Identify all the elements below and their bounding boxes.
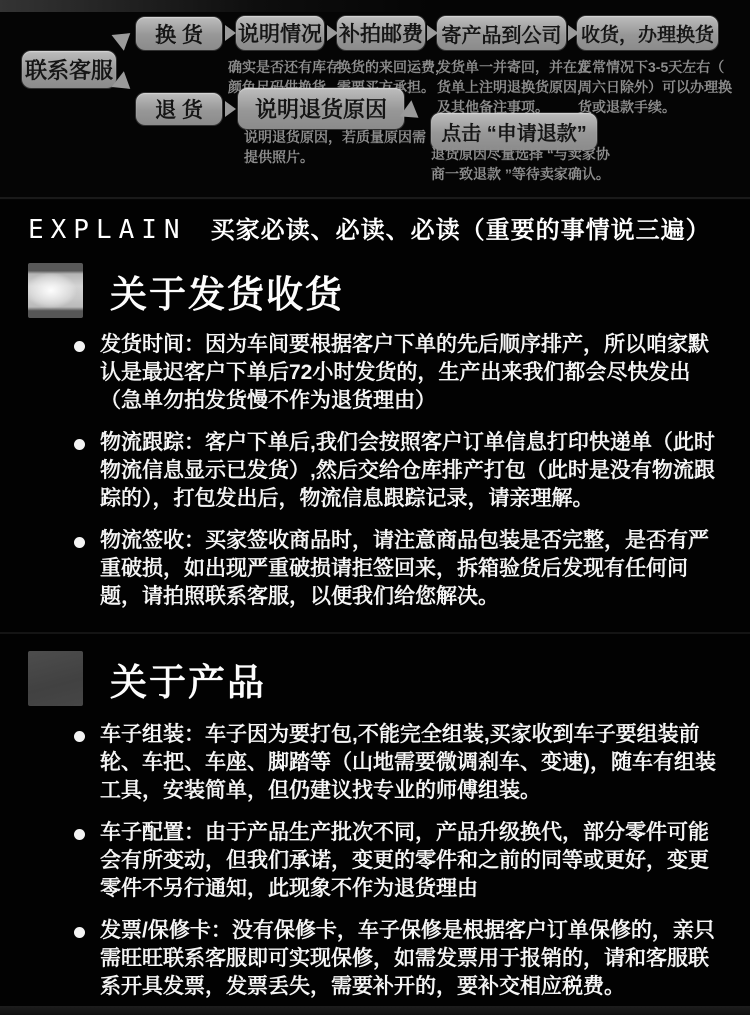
arrow-right-icon [225,101,236,117]
shipping-thumbnail-icon [28,263,83,318]
explain-title: 买家必读、必读、必读（重要的事情说三遍） [211,210,711,245]
flow-step-receive-exchange: 收货，办理换货 [577,16,718,50]
bullet-dot-icon [74,829,85,840]
section-heading-shipping: 关于发货收货 [28,263,344,318]
flow-step-explain-situation: 说明情况 [236,16,324,50]
bullet-text: 发货时间：因为车间要根据客户下单的先后顺序排产，所以咱家默认是最迟客户下单后72… [100,331,720,415]
arrow-up-right-icon [112,25,137,51]
flow-step-exchange: 换 货 [136,17,222,50]
bullet-text: 物流跟踪：客户下单后,我们会按照客户订单信息打印快递单（此时物流信息显示已发货）… [100,429,720,513]
bullet-text: 发票/保修卡：没有保修卡，车子保修是根据客户订单保修的，亲只需旺旺联系客服即可实… [100,917,720,1001]
product-policy-page: 联系客服 换 货 说明情况 补拍邮费 寄产品到公司 收货，办理换货 确实是否还有… [0,0,750,1015]
flow-step-return: 退 货 [136,93,222,125]
list-item: 物流跟踪：客户下单后,我们会按照客户订单信息打印快递单（此时物流信息显示已发货）… [64,429,724,513]
bullet-text: 车子配置：由于产品生产批次不同，产品升级换代，部分零件可能会有所变动，但我们承诺… [100,819,720,903]
flow-note-send: 发货单一并寄回，并在发 货单上注明退换货原因， 及其他备注事项。 [437,57,591,117]
list-item: 车子配置：由于产品生产批次不同，产品升级换代，部分零件可能会有所变动，但我们承诺… [64,819,724,903]
flow-step-return-reason: 说明退货原因 [238,88,404,129]
bullet-dot-icon [74,731,85,742]
bullet-text: 车子组装：车子因为要打包,不能完全组装,买家收到车子要组装前轮、车把、车座、脚踏… [100,721,720,805]
flow-step-send-product: 寄产品到公司 [437,16,566,50]
list-item: 发货时间：因为车间要根据客户下单的先后顺序排产，所以咱家默认是最迟客户下单后72… [64,331,724,415]
section-divider [0,632,750,634]
bullet-text: 物流签收：买家签收商品时，请注意商品包装是否完整，是否有严重破损，如出现严重破损… [100,527,720,611]
flow-note-apply-refund: 退货原因尽量选择 “与卖家协 商一致退款 ”等待卖家确认。 [431,144,610,184]
section-title: 关于产品 [110,652,266,706]
flow-note-receive: 正常情况下3-5天左右（ 周六日除外）可以办理换 货或退款手续。 [578,57,732,117]
shipping-bullet-list: 发货时间：因为车间要根据客户下单的先后顺序排产，所以咱家默认是最迟客户下单后72… [64,331,724,625]
bullet-dot-icon [74,341,85,352]
next-image-edge [0,1006,750,1015]
top-edge-glow [0,0,430,12]
flow-step-contact-service: 联系客服 [22,51,116,88]
bullet-dot-icon [74,439,85,450]
bullet-dot-icon [74,927,85,938]
product-bullet-list: 车子组装：车子因为要打包,不能完全组装,买家收到车子要组装前轮、车把、车座、脚踏… [64,721,724,1015]
section-divider [0,197,750,199]
section-title: 关于发货收货 [110,264,344,318]
section-heading-product: 关于产品 [28,651,266,706]
arrow-right-icon [225,25,236,41]
bullet-dot-icon [74,537,85,548]
flow-step-pay-postage: 补拍邮费 [337,16,425,50]
list-item: 物流签收：买家签收商品时，请注意商品包装是否完整，是否有严重破损，如出现严重破损… [64,527,724,611]
explain-tag-label: EXPLAIN [28,215,187,245]
product-thumbnail-icon [28,651,83,706]
list-item: 车子组装：车子因为要打包,不能完全组装,买家收到车子要组装前轮、车把、车座、脚踏… [64,721,724,805]
explain-header: EXPLAIN 买家必读、必读、必读（重要的事情说三遍） [28,210,711,245]
return-exchange-flowchart: 联系客服 换 货 说明情况 补拍邮费 寄产品到公司 收货，办理换货 确实是否还有… [0,0,750,200]
list-item: 发票/保修卡：没有保修卡，车子保修是根据客户订单保修的，亲只需旺旺联系客服即可实… [64,917,724,1001]
flow-note-return-reason: 说明退货原因，若质量原因需 提供照片。 [244,127,426,167]
